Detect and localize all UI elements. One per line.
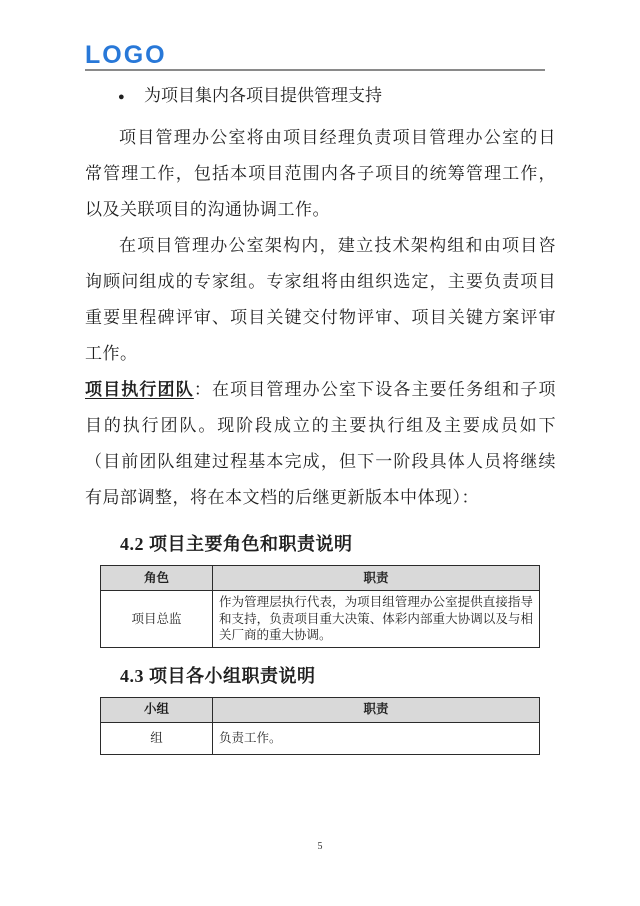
bullet-list-item: ●为项目集内各项目提供管理支持 [85, 85, 556, 108]
table-row: 组 负责工作。 [101, 722, 540, 754]
bullet-icon: ● [118, 86, 144, 108]
column-header-role: 角色 [101, 566, 213, 591]
section-heading-4-3: 4.3 项目各小组职责说明 [120, 662, 556, 688]
responsibility-cell: 作为管理层执行代表，为项目组管理办公室提供直接指导和支持，负责项目重大决策、体彩… [213, 591, 540, 648]
column-header-responsibility: 职责 [213, 697, 540, 722]
table-header-row: 小组 职责 [101, 697, 540, 722]
page-header: LOGO [85, 42, 556, 71]
page-content: LOGO ●为项目集内各项目提供管理支持 项目管理办公室将由项目经理负责项目管理… [85, 42, 556, 755]
document-page: LOGO ●为项目集内各项目提供管理支持 项目管理办公室将由项目经理负责项目管理… [0, 0, 640, 906]
table-row: 项目总监 作为管理层执行代表，为项目组管理办公室提供直接指导和支持，负责项目重大… [101, 591, 540, 648]
logo: LOGO [85, 42, 556, 68]
section-heading-4-2: 4.2 项目主要角色和职责说明 [120, 530, 556, 556]
paragraph-expert-group: 在项目管理办公室架构内，建立技术架构组和由项目咨询顾问组成的专家组。专家组将由组… [85, 228, 556, 372]
execution-team-term: 项目执行团队 [85, 380, 194, 399]
group-cell: 组 [101, 722, 213, 754]
bullet-text: 为项目集内各项目提供管理支持 [144, 86, 382, 105]
role-cell: 项目总监 [101, 591, 213, 648]
execution-team-description: ：在项目管理办公室下设各主要任务组和子项目的执行团队。现阶段成立的主要执行组及主… [85, 380, 556, 507]
paragraph-execution-team: 项目执行团队：在项目管理办公室下设各主要任务组和子项目的执行团队。现阶段成立的主… [85, 372, 556, 516]
responsibility-cell: 负责工作。 [213, 722, 540, 754]
column-header-group: 小组 [101, 697, 213, 722]
roles-responsibilities-table: 角色 职责 项目总监 作为管理层执行代表，为项目组管理办公室提供直接指导和支持，… [100, 565, 540, 648]
paragraph-pmo-daily-management: 项目管理办公室将由项目经理负责项目管理办公室的日常管理工作，包括本项目范围内各子… [85, 120, 556, 228]
column-header-responsibility: 职责 [213, 566, 540, 591]
table-header-row: 角色 职责 [101, 566, 540, 591]
page-number: 5 [0, 841, 640, 852]
groups-responsibilities-table: 小组 职责 组 负责工作。 [100, 697, 540, 755]
header-rule [85, 69, 545, 71]
